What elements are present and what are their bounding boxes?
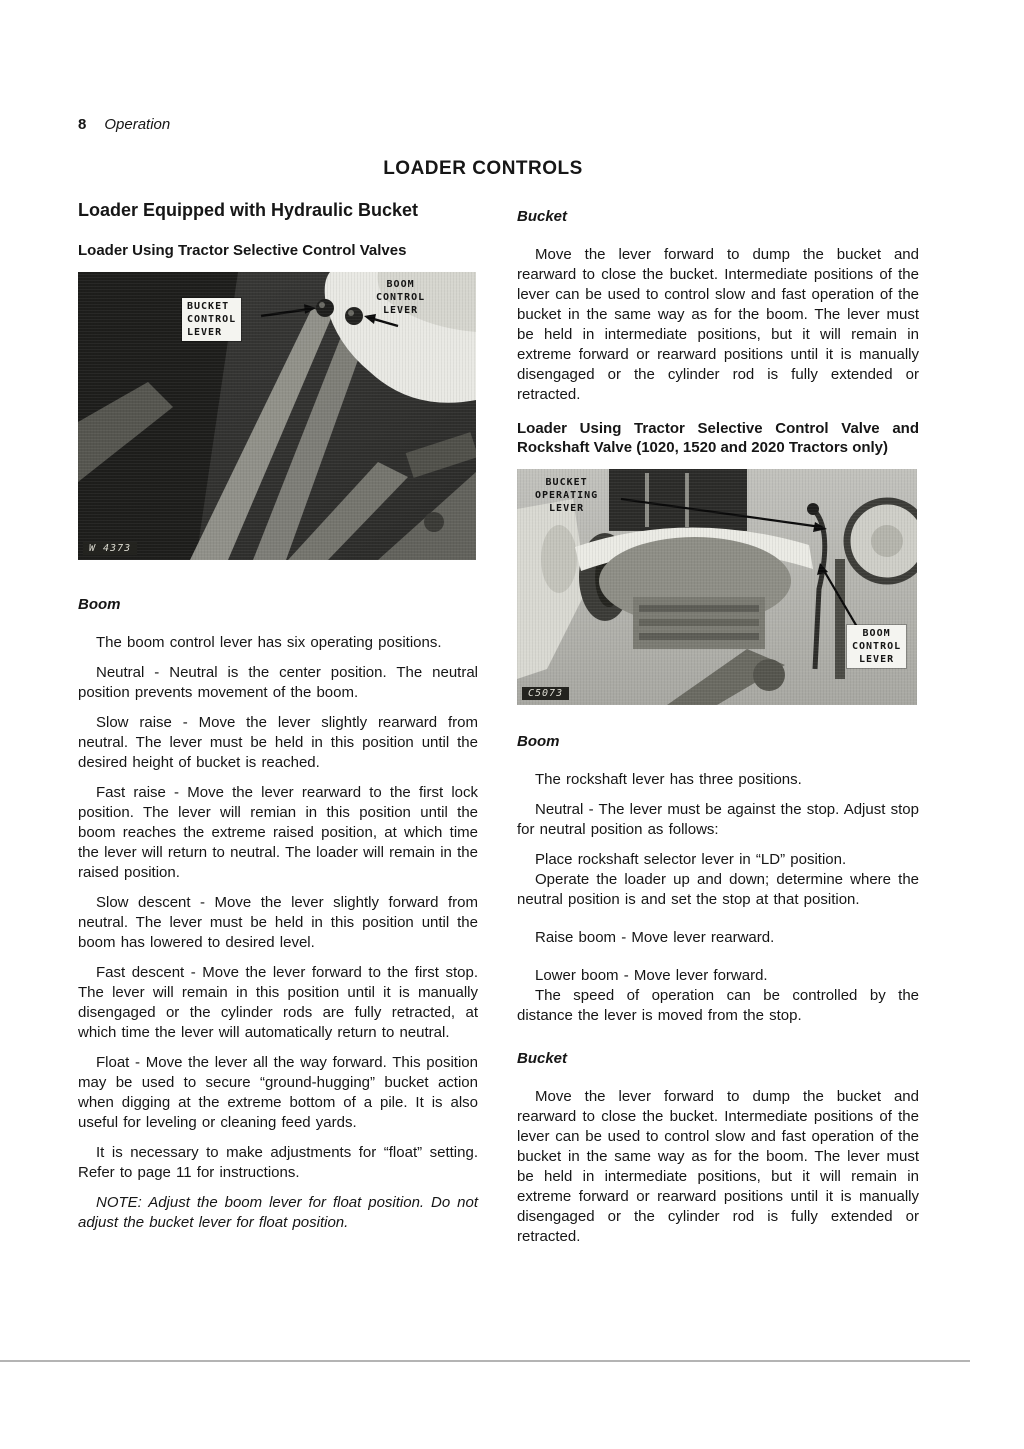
right-subheading: Loader Using Tractor Selective Control V… bbox=[517, 419, 919, 457]
right-bucket2-heading: Bucket bbox=[517, 1050, 919, 1067]
paragraph: The speed of operation can be controlled… bbox=[517, 986, 919, 1026]
paragraph: Slow descent - Move the lever slightly f… bbox=[78, 893, 478, 953]
boom-control-lever-label: BOOM CONTROL LEVER bbox=[376, 278, 425, 317]
photo2-id-tag: C5073 bbox=[522, 687, 569, 700]
right-column: Bucket Move the lever forward to dump th… bbox=[517, 200, 919, 1257]
page-header: 8Operation bbox=[78, 116, 170, 133]
paragraph: Fast raise - Move the lever rearward to … bbox=[78, 783, 478, 883]
left-subheading: Loader Using Tractor Selective Control V… bbox=[78, 241, 478, 260]
bucket-operating-lever-label: BUCKET OPERATING LEVER bbox=[535, 476, 598, 515]
paragraph: Lower boom - Move lever forward. bbox=[517, 966, 919, 986]
photo1-id-tag: W 4373 bbox=[83, 542, 137, 555]
paragraph: Float - Move the lever all the way forwa… bbox=[78, 1053, 478, 1133]
photo-control-levers: BUCKET CONTROL LEVER BOOM CONTROL LEVER … bbox=[78, 272, 476, 560]
manual-page: { "page": { "number": "8", "section": "O… bbox=[0, 0, 1024, 1449]
paragraph: Move the lever forward to dump the bucke… bbox=[517, 1087, 919, 1247]
paragraph: Move the lever forward to dump the bucke… bbox=[517, 245, 919, 405]
page-number: 8 bbox=[78, 116, 86, 133]
bucket-control-lever-label: BUCKET CONTROL LEVER bbox=[182, 298, 241, 341]
right-boom-heading: Boom bbox=[517, 733, 919, 750]
paragraph: The rockshaft lever has three positions. bbox=[517, 770, 919, 790]
left-boom-heading: Boom bbox=[78, 596, 478, 613]
paragraph: Operate the loader up and down; determin… bbox=[517, 870, 919, 910]
footer-divider bbox=[0, 1360, 970, 1362]
right-bucket-heading: Bucket bbox=[517, 208, 919, 225]
left-heading: Loader Equipped with Hydraulic Bucket bbox=[78, 200, 478, 221]
paragraph: Raise boom - Move lever rearward. bbox=[517, 928, 919, 948]
paragraph: It is necessary to make adjustments for … bbox=[78, 1143, 478, 1183]
paragraph: Slow raise - Move the lever slightly rea… bbox=[78, 713, 478, 773]
page-title: LOADER CONTROLS bbox=[0, 158, 966, 180]
paragraph: Fast descent - Move the lever forward to… bbox=[78, 963, 478, 1043]
section-name: Operation bbox=[104, 116, 170, 133]
paragraph: Place rockshaft selector lever in “LD” p… bbox=[517, 850, 919, 870]
paragraph: Neutral - Neutral is the center position… bbox=[78, 663, 478, 703]
photo-rockshaft-levers: BUCKET OPERATING LEVER BOOM CONTROL LEVE… bbox=[517, 469, 917, 705]
paragraph: The boom control lever has six operating… bbox=[78, 633, 478, 653]
note-paragraph: NOTE: Adjust the boom lever for float po… bbox=[78, 1193, 478, 1233]
paragraph: Neutral - The lever must be against the … bbox=[517, 800, 919, 840]
left-column: Loader Equipped with Hydraulic Bucket Lo… bbox=[78, 200, 478, 1243]
boom-control-lever-label: BOOM CONTROL LEVER bbox=[847, 625, 906, 668]
